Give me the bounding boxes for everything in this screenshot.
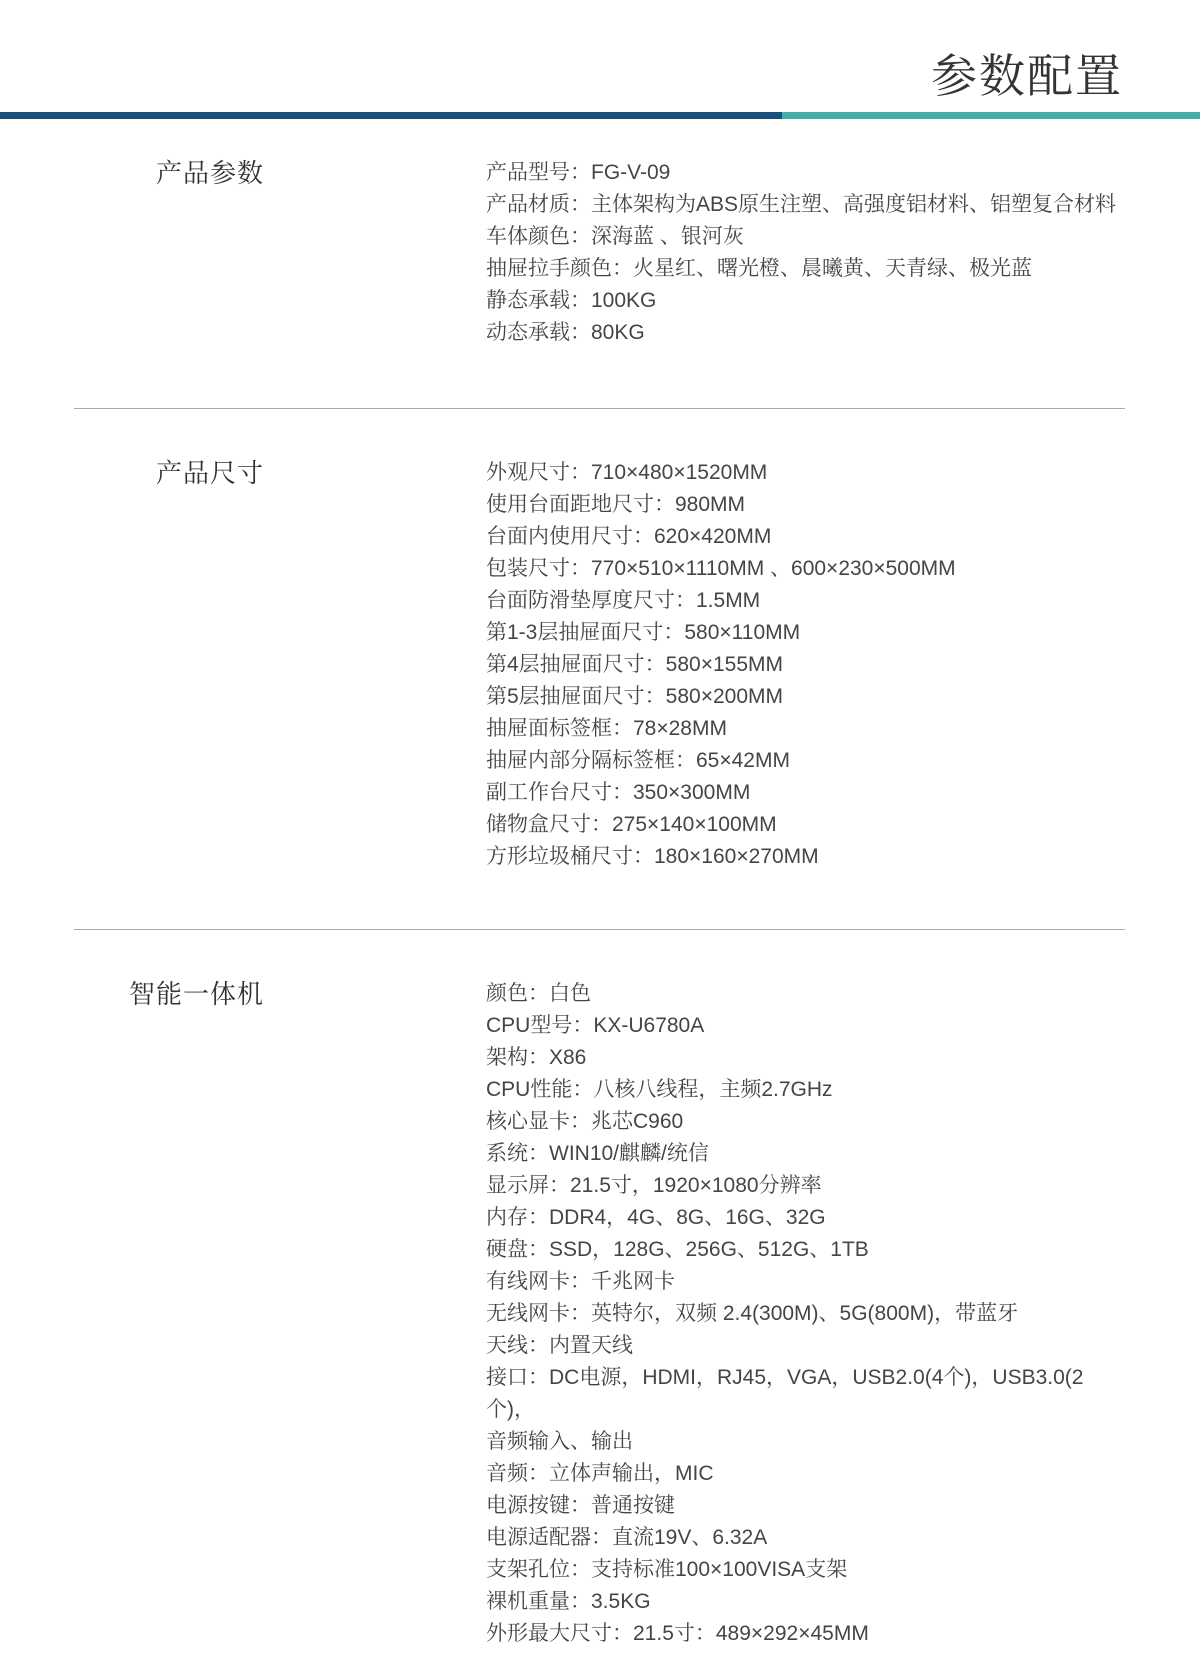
spec-line: 天线：内置天线: [486, 1330, 1125, 1362]
section-label-product-params: 产品参数: [0, 157, 264, 189]
spec-line: 外观尺寸：710×480×1520MM: [486, 457, 1125, 489]
spec-line: 音频：立体声输出，MIC: [486, 1458, 1125, 1490]
spec-line: 接口：DC电源，HDMI，RJ45，VGA，USB2.0(4个)，USB3.0(…: [486, 1362, 1125, 1458]
accent-bar-blue-segment: [0, 112, 782, 119]
spec-line: 产品型号：FG-V-09: [486, 157, 1125, 189]
accent-bar-teal-segment: [782, 112, 1200, 119]
spec-line: 显示屏：21.5寸，1920×1080分辨率: [486, 1170, 1125, 1202]
section-divider: [74, 929, 1125, 930]
spec-line: 支架孔位：支持标准100×100VISA支架: [486, 1554, 1125, 1586]
page: 参数配置 产品参数 产品型号：FG-V-09产品材质：主体架构为ABS原生注塑、…: [0, 0, 1200, 1667]
spec-list-smart-all-in-one: 颜色：白色CPU型号：KX-U6780A架构：X86CPU性能：八核八线程，主频…: [486, 978, 1125, 1650]
accent-bar: [0, 112, 1200, 119]
spec-line: 台面防滑垫厚度尺寸：1.5MM: [486, 585, 1125, 617]
spec-line: 系统：WIN10/麒麟/统信: [486, 1138, 1125, 1170]
spec-line: 有线网卡：千兆网卡: [486, 1266, 1125, 1298]
spec-line: 电源适配器：直流19V、6.32A: [486, 1522, 1125, 1554]
spec-line: 产品材质：主体架构为ABS原生注塑、高强度铝材料、铝塑复合材料: [486, 189, 1125, 221]
spec-line: 台面内使用尺寸：620×420MM: [486, 521, 1125, 553]
spec-line: 方形垃圾桶尺寸：180×160×270MM: [486, 841, 1125, 873]
section-product-params: 产品参数 产品型号：FG-V-09产品材质：主体架构为ABS原生注塑、高强度铝材…: [0, 157, 1125, 349]
spec-line: 抽屉面标签框：78×28MM: [486, 713, 1125, 745]
spec-line: 第1-3层抽屉面尺寸：580×110MM: [486, 617, 1125, 649]
spec-line: CPU性能：八核八线程，主频2.7GHz: [486, 1074, 1125, 1106]
header: 参数配置: [0, 50, 1200, 119]
spec-line: 内存：DDR4，4G、8G、16G、32G: [486, 1202, 1125, 1234]
spec-list-product-params: 产品型号：FG-V-09产品材质：主体架构为ABS原生注塑、高强度铝材料、铝塑复…: [486, 157, 1125, 349]
spec-line: 使用台面距地尺寸：980MM: [486, 489, 1125, 521]
spec-line: 车体颜色：深海蓝 、银河灰: [486, 221, 1125, 253]
spec-line: 外形最大尺寸：21.5寸：489×292×45MM: [486, 1618, 1125, 1650]
spec-line: 储物盒尺寸：275×140×100MM: [486, 809, 1125, 841]
spec-content: 产品参数 产品型号：FG-V-09产品材质：主体架构为ABS原生注塑、高强度铝材…: [0, 119, 1200, 1650]
spec-line: 静态承载：100KG: [486, 285, 1125, 317]
spec-line: 抽屉拉手颜色：火星红、曙光橙、晨曦黄、天青绿、极光蓝: [486, 253, 1125, 285]
section-divider: [74, 408, 1125, 409]
spec-line: 颜色：白色: [486, 978, 1125, 1010]
section-product-dimensions: 产品尺寸 外观尺寸：710×480×1520MM使用台面距地尺寸：980MM台面…: [0, 457, 1125, 873]
spec-line: 第4层抽屉面尺寸：580×155MM: [486, 649, 1125, 681]
spec-line: 架构：X86: [486, 1042, 1125, 1074]
spec-line: CPU型号：KX-U6780A: [486, 1010, 1125, 1042]
spec-line: 核心显卡：兆芯C960: [486, 1106, 1125, 1138]
section-label-product-dimensions: 产品尺寸: [0, 457, 264, 489]
page-title: 参数配置: [0, 50, 1200, 102]
section-label-smart-all-in-one: 智能一体机: [0, 978, 264, 1010]
spec-line: 硬盘：SSD，128G、256G、512G、1TB: [486, 1234, 1125, 1266]
spec-line: 副工作台尺寸：350×300MM: [486, 777, 1125, 809]
spec-line: 电源按键：普通按键: [486, 1490, 1125, 1522]
spec-line: 动态承载：80KG: [486, 317, 1125, 349]
section-smart-all-in-one: 智能一体机 颜色：白色CPU型号：KX-U6780A架构：X86CPU性能：八核…: [0, 978, 1125, 1650]
spec-line: 无线网卡：英特尔，双频 2.4(300M)、5G(800M)，带蓝牙: [486, 1298, 1125, 1330]
spec-line: 第5层抽屉面尺寸：580×200MM: [486, 681, 1125, 713]
spec-line: 抽屉内部分隔标签框：65×42MM: [486, 745, 1125, 777]
spec-list-product-dimensions: 外观尺寸：710×480×1520MM使用台面距地尺寸：980MM台面内使用尺寸…: [486, 457, 1125, 873]
spec-line: 裸机重量：3.5KG: [486, 1586, 1125, 1618]
spec-line: 包装尺寸：770×510×1110MM 、600×230×500MM: [486, 553, 1125, 585]
